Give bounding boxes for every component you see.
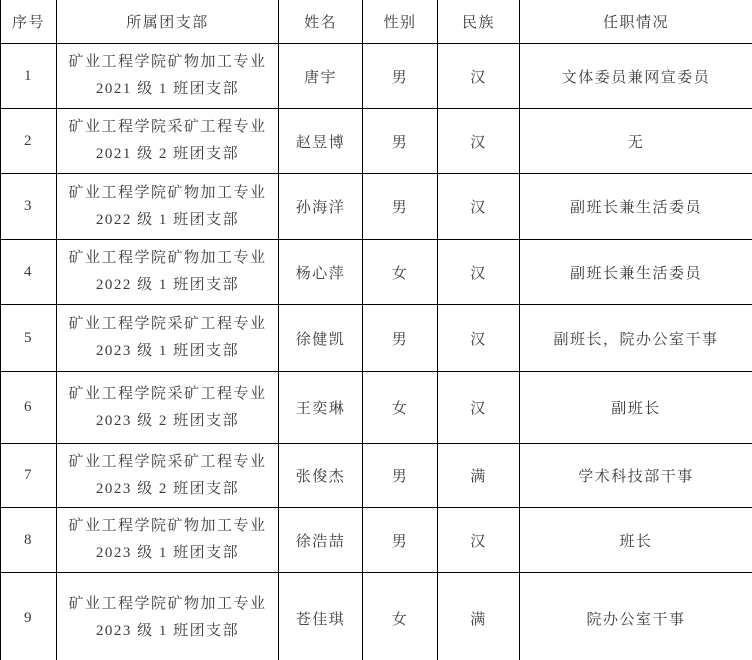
table-row: 9 矿业工程学院矿物加工专业 2023 级 1 班团支部 苍佳琪 女 满 院办公… [1, 573, 752, 660]
cell-gender: 女 [363, 573, 438, 660]
cell-branch: 矿业工程学院矿物加工专业 2022 级 1 班团支部 [57, 174, 279, 240]
league-branch-roster: 序号 所属团支部 姓名 性别 民族 任职情况 1 矿业工程学院矿物加工专业 20… [0, 0, 752, 660]
cell-name: 孙海洋 [279, 174, 363, 240]
branch-line1: 矿业工程学院采矿工程专业 [57, 114, 278, 141]
cell-branch: 矿业工程学院矿物加工专业 2023 级 1 班团支部 [57, 573, 279, 660]
cell-ethnicity: 汉 [438, 174, 520, 240]
cell-index: 6 [1, 372, 57, 444]
table-row: 8 矿业工程学院矿物加工专业 2023 级 1 班团支部 徐浩喆 男 汉 班长 [1, 508, 752, 573]
branch-line2: 2023 级 1 班团支部 [57, 618, 278, 645]
cell-gender: 男 [363, 44, 438, 109]
cell-gender: 男 [363, 174, 438, 240]
cell-name: 杨心萍 [279, 240, 363, 305]
cell-branch: 矿业工程学院采矿工程专业 2023 级 2 班团支部 [57, 372, 279, 444]
table-row: 2 矿业工程学院采矿工程专业 2021 级 2 班团支部 赵昱博 男 汉 无 [1, 109, 752, 174]
cell-name: 徐浩喆 [279, 508, 363, 573]
cell-branch: 矿业工程学院矿物加工专业 2023 级 1 班团支部 [57, 508, 279, 573]
header-row: 序号 所属团支部 姓名 性别 民族 任职情况 [1, 0, 752, 44]
cell-ethnicity: 汉 [438, 109, 520, 174]
cell-ethnicity: 汉 [438, 44, 520, 109]
cell-branch: 矿业工程学院采矿工程专业 2023 级 2 班团支部 [57, 444, 279, 508]
cell-name: 王奕琳 [279, 372, 363, 444]
roster-table: 序号 所属团支部 姓名 性别 民族 任职情况 1 矿业工程学院矿物加工专业 20… [0, 0, 752, 660]
cell-gender: 男 [363, 109, 438, 174]
branch-line1: 矿业工程学院矿物加工专业 [57, 180, 278, 207]
branch-line1: 矿业工程学院采矿工程专业 [57, 381, 278, 408]
branch-line2: 2021 级 1 班团支部 [57, 76, 278, 103]
column-header-branch: 所属团支部 [57, 0, 279, 44]
table-row: 6 矿业工程学院采矿工程专业 2023 级 2 班团支部 王奕琳 女 汉 副班长 [1, 372, 752, 444]
branch-line1: 矿业工程学院采矿工程专业 [57, 311, 278, 338]
cell-ethnicity: 汉 [438, 372, 520, 444]
cell-position: 副班长兼生活委员 [520, 240, 752, 305]
cell-index: 5 [1, 305, 57, 372]
cell-index: 9 [1, 573, 57, 660]
cell-name: 苍佳琪 [279, 573, 363, 660]
table-row: 7 矿业工程学院采矿工程专业 2023 级 2 班团支部 张俊杰 男 满 学术科… [1, 444, 752, 508]
cell-position: 副班长兼生活委员 [520, 174, 752, 240]
column-header-index: 序号 [1, 0, 57, 44]
cell-name: 徐健凯 [279, 305, 363, 372]
branch-line1: 矿业工程学院矿物加工专业 [57, 245, 278, 272]
column-header-ethnicity: 民族 [438, 0, 520, 44]
cell-position: 院办公室干事 [520, 573, 752, 660]
cell-index: 1 [1, 44, 57, 109]
cell-name: 赵昱博 [279, 109, 363, 174]
cell-position: 学术科技部干事 [520, 444, 752, 508]
cell-ethnicity: 汉 [438, 240, 520, 305]
cell-branch: 矿业工程学院采矿工程专业 2021 级 2 班团支部 [57, 109, 279, 174]
cell-ethnicity: 满 [438, 444, 520, 508]
cell-position: 副班长，院办公室干事 [520, 305, 752, 372]
cell-index: 7 [1, 444, 57, 508]
cell-gender: 男 [363, 508, 438, 573]
cell-position: 文体委员兼网宣委员 [520, 44, 752, 109]
cell-index: 4 [1, 240, 57, 305]
cell-branch: 矿业工程学院矿物加工专业 2021 级 1 班团支部 [57, 44, 279, 109]
cell-branch: 矿业工程学院采矿工程专业 2023 级 1 班团支部 [57, 305, 279, 372]
table-row: 4 矿业工程学院矿物加工专业 2022 级 1 班团支部 杨心萍 女 汉 副班长… [1, 240, 752, 305]
column-header-name: 姓名 [279, 0, 363, 44]
branch-line2: 2023 级 2 班团支部 [57, 476, 278, 503]
cell-position: 班长 [520, 508, 752, 573]
branch-line2: 2021 级 2 班团支部 [57, 141, 278, 168]
column-header-gender: 性别 [363, 0, 438, 44]
cell-index: 3 [1, 174, 57, 240]
branch-line1: 矿业工程学院矿物加工专业 [57, 591, 278, 618]
branch-line2: 2023 级 1 班团支部 [57, 540, 278, 567]
table-row: 3 矿业工程学院矿物加工专业 2022 级 1 班团支部 孙海洋 男 汉 副班长… [1, 174, 752, 240]
branch-line1: 矿业工程学院矿物加工专业 [57, 49, 278, 76]
branch-line2: 2023 级 2 班团支部 [57, 408, 278, 435]
cell-branch: 矿业工程学院矿物加工专业 2022 级 1 班团支部 [57, 240, 279, 305]
cell-index: 8 [1, 508, 57, 573]
cell-ethnicity: 满 [438, 573, 520, 660]
branch-line2: 2022 级 1 班团支部 [57, 272, 278, 299]
branch-line1: 矿业工程学院采矿工程专业 [57, 449, 278, 476]
column-header-position: 任职情况 [520, 0, 752, 44]
cell-gender: 男 [363, 444, 438, 508]
branch-line1: 矿业工程学院矿物加工专业 [57, 513, 278, 540]
cell-ethnicity: 汉 [438, 305, 520, 372]
table-body: 1 矿业工程学院矿物加工专业 2021 级 1 班团支部 唐宇 男 汉 文体委员… [1, 44, 752, 660]
cell-index: 2 [1, 109, 57, 174]
cell-name: 唐宇 [279, 44, 363, 109]
cell-gender: 男 [363, 305, 438, 372]
cell-gender: 女 [363, 372, 438, 444]
table-row: 1 矿业工程学院矿物加工专业 2021 级 1 班团支部 唐宇 男 汉 文体委员… [1, 44, 752, 109]
cell-gender: 女 [363, 240, 438, 305]
cell-position: 副班长 [520, 372, 752, 444]
table-row: 5 矿业工程学院采矿工程专业 2023 级 1 班团支部 徐健凯 男 汉 副班长… [1, 305, 752, 372]
cell-ethnicity: 汉 [438, 508, 520, 573]
cell-position: 无 [520, 109, 752, 174]
cell-name: 张俊杰 [279, 444, 363, 508]
branch-line2: 2022 级 1 班团支部 [57, 207, 278, 234]
branch-line2: 2023 级 1 班团支部 [57, 338, 278, 365]
